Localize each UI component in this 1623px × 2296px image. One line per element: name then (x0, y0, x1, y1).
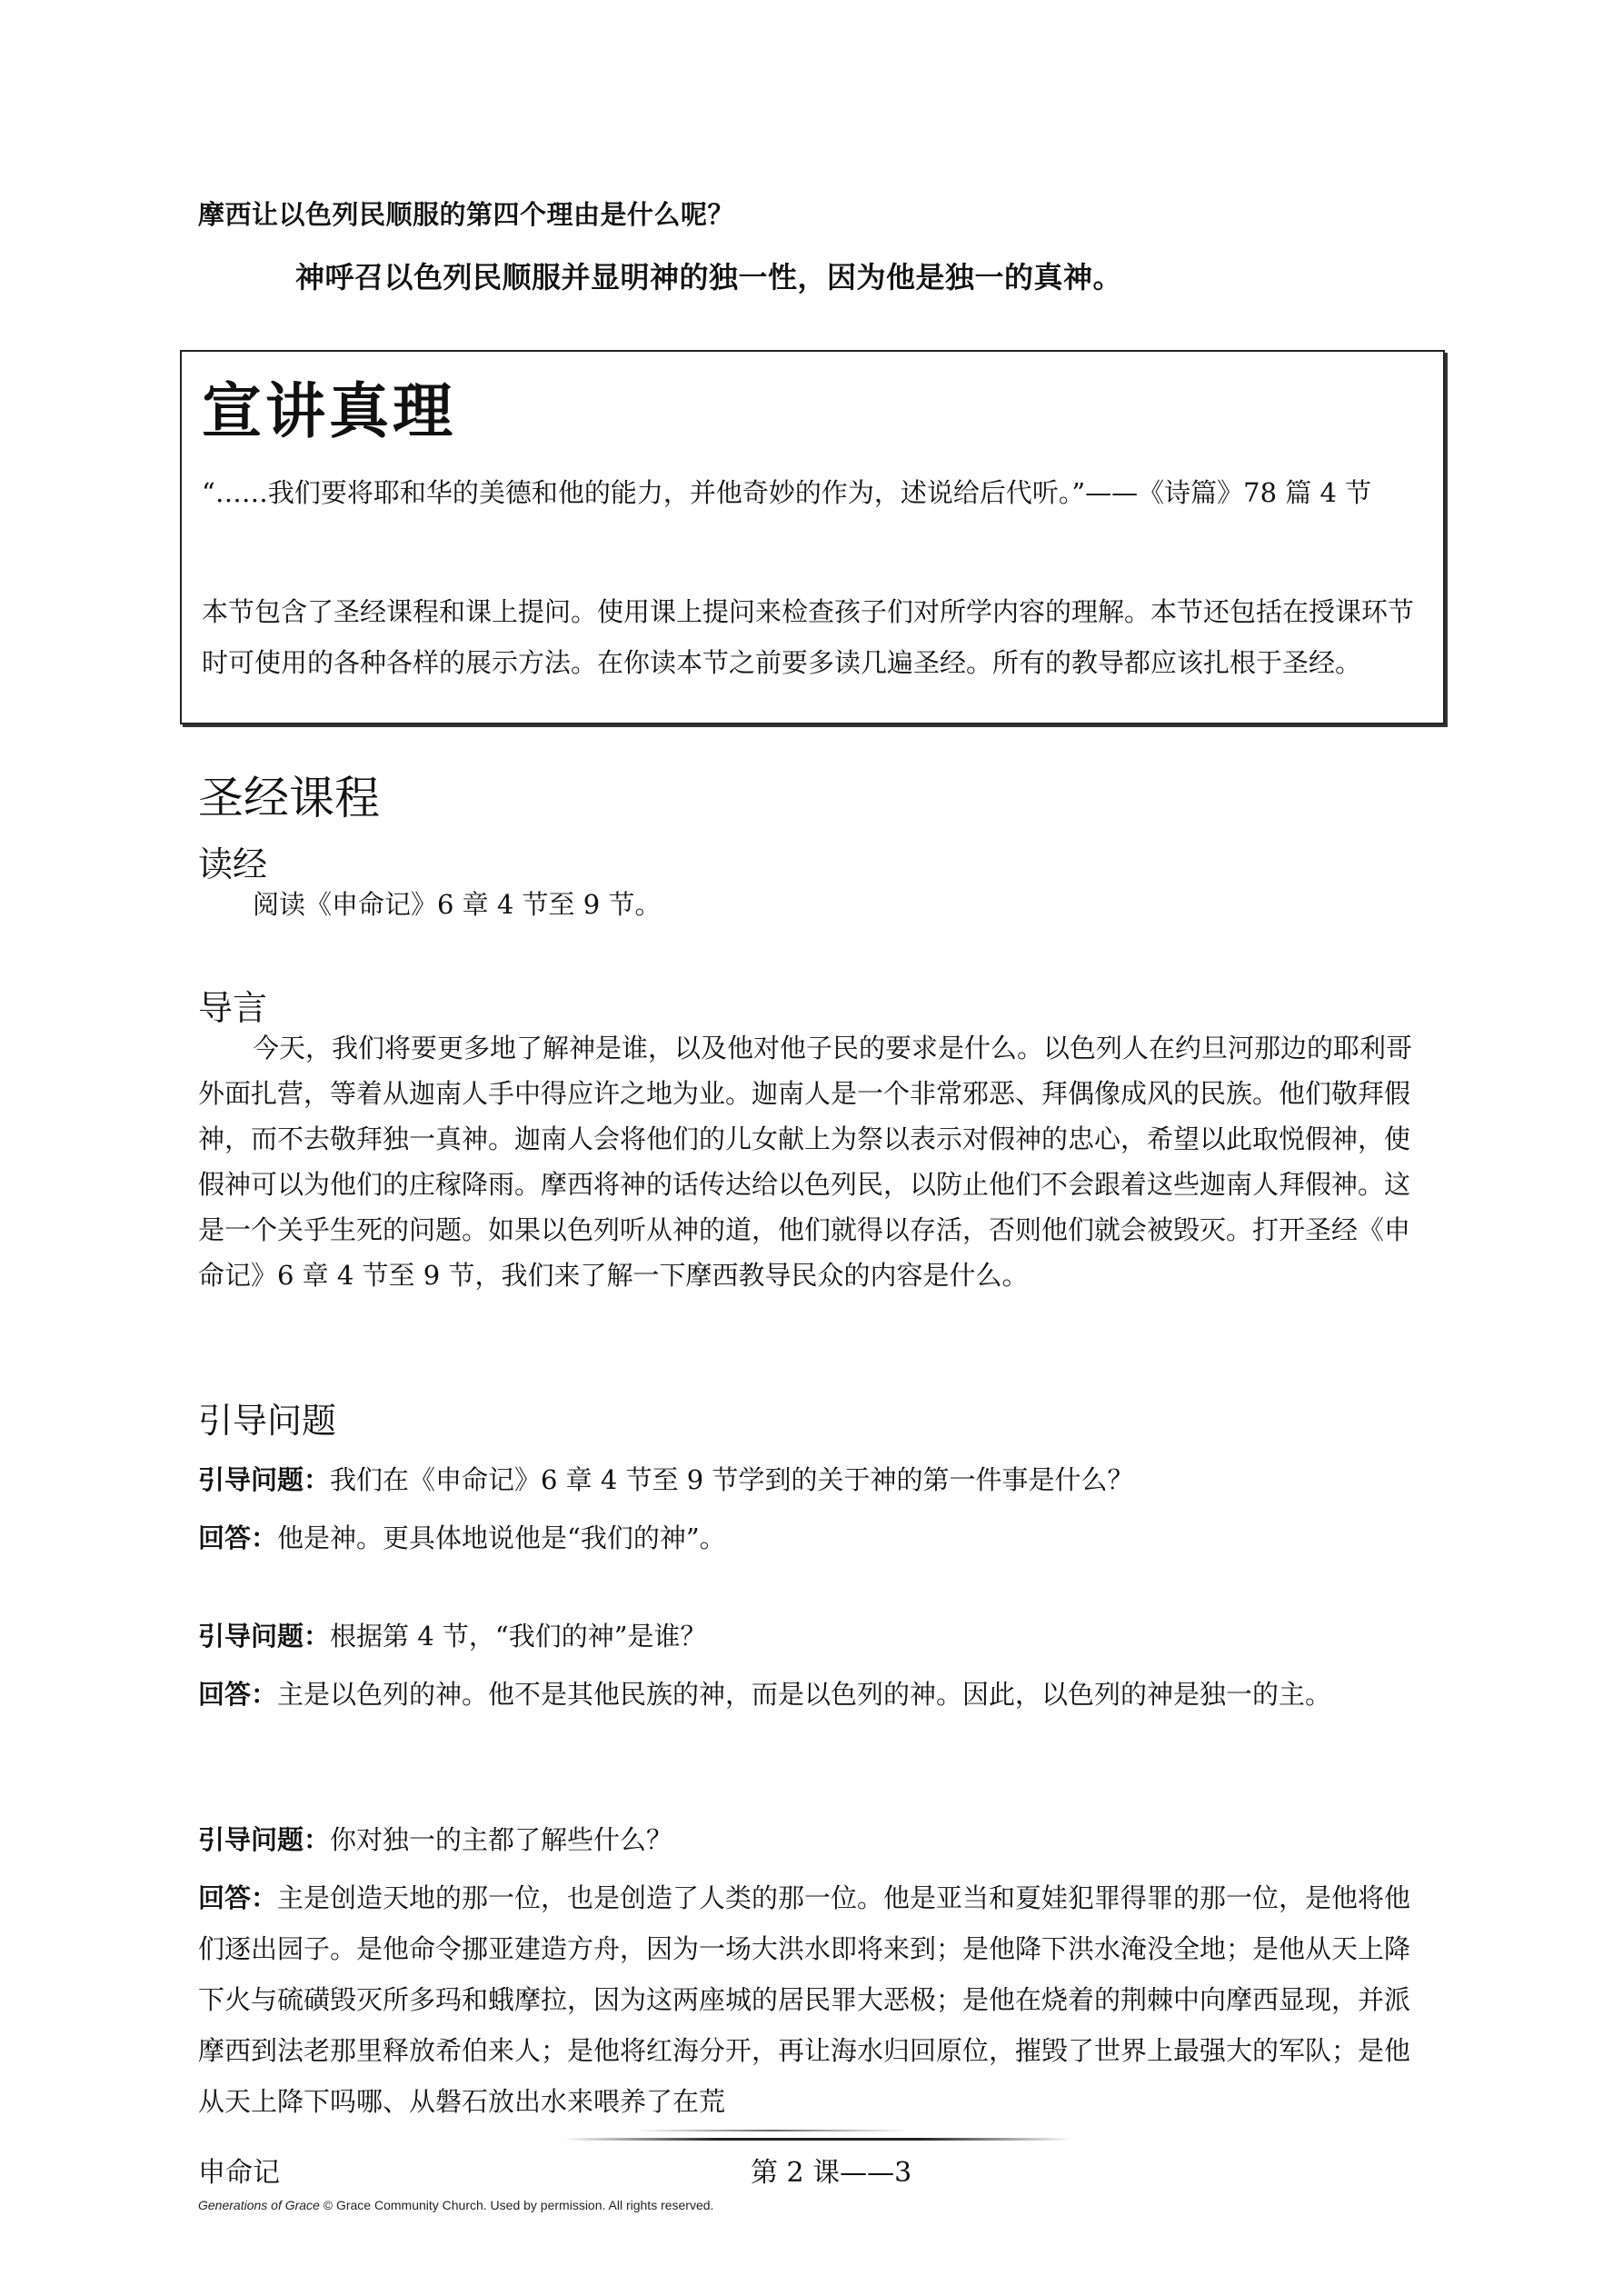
answer-label: 回答： (198, 1882, 277, 1913)
guide-answer-2: 回答：主是以色列的神。他不是其他民族的神，而是以色列的神。因此，以色列的神是独一… (198, 1669, 1436, 1720)
lesson-heading: 圣经课程 (198, 762, 380, 827)
answer-text: 主是创造天地的那一位，也是创造了人类的那一位。他是亚当和夏娃犯罪得罪的那一位，是… (198, 1882, 1410, 2117)
top-answer: 神呼召以色列民顺服并显明神的独一性，因为他是独一的真神。 (295, 255, 1122, 296)
guide-heading: 引导问题 (198, 1393, 336, 1442)
question-text: 我们在《申命记》6 章 4 节至 9 节学到的关于神的第一件事是什么？ (330, 1464, 1133, 1495)
footer-page-number: 第 2 课——3 (751, 2150, 911, 2190)
footer-book-name: 申命记 (198, 2150, 280, 2190)
question-label: 引导问题： (198, 1464, 330, 1495)
guide-question-1: 引导问题：我们在《申命记》6 章 4 节至 9 节学到的关于神的第一件事是什么？ (198, 1454, 1436, 1505)
intro-heading: 导言 (198, 980, 267, 1030)
footer-divider-accent (636, 2130, 909, 2131)
reading-text: 阅读《申命记》6 章 4 节至 9 节。 (198, 882, 1436, 927)
guide-question-3: 引导问题：你对独一的主都了解些什么？ (198, 1814, 1436, 1865)
footer-copyright: Generations of Grace © Grace Community C… (198, 2198, 713, 2212)
proclaim-truth-box: 宣讲真理 “……我们要将耶和华的美德和他的能力，并他奇妙的作为，述说给后代听。”… (180, 350, 1445, 724)
answer-text: 他是神。更具体地说他是“我们的神”。 (277, 1522, 726, 1553)
truth-box-title: 宣讲真理 (202, 363, 456, 449)
question-label: 引导问题： (198, 1824, 330, 1855)
top-question: 摩西让以色列民顺服的第四个理由是什么呢？ (198, 195, 734, 232)
guide-answer-3: 回答：主是创造天地的那一位，也是创造了人类的那一位。他是亚当和夏娃犯罪得罪的那一… (198, 1872, 1436, 2127)
copyright-title: Generations of Grace (198, 2198, 320, 2212)
question-text: 你对独一的主都了解些什么？ (330, 1824, 672, 1855)
copyright-text: © Grace Community Church. Used by permis… (320, 2198, 714, 2212)
answer-label: 回答： (198, 1522, 277, 1553)
answer-label: 回答： (198, 1679, 277, 1710)
truth-box-body: 本节包含了圣经课程和课上提问。使用课上提问来检查孩子们对所学内容的理解。本节还包… (202, 586, 1424, 688)
guide-answer-1: 回答：他是神。更具体地说他是“我们的神”。 (198, 1512, 1436, 1563)
question-label: 引导问题： (198, 1621, 330, 1652)
answer-text: 主是以色列的神。他不是其他民族的神，而是以色列的神。因此，以色列的神是独一的主。 (277, 1679, 1331, 1710)
intro-text: 今天，我们将要更多地了解神是谁，以及他对他子民的要求是什么。以色列人在约旦河那边… (198, 1025, 1436, 1298)
guide-question-2: 引导问题：根据第 4 节，“我们的神”是谁？ (198, 1611, 1436, 1662)
truth-box-quote: “……我们要将耶和华的美德和他的能力，并他奇妙的作为，述说给后代听。”——《诗篇… (202, 468, 1424, 518)
footer-divider (563, 2138, 1072, 2141)
reading-heading: 读经 (198, 836, 267, 886)
question-text: 根据第 4 节，“我们的神”是谁？ (330, 1621, 707, 1652)
